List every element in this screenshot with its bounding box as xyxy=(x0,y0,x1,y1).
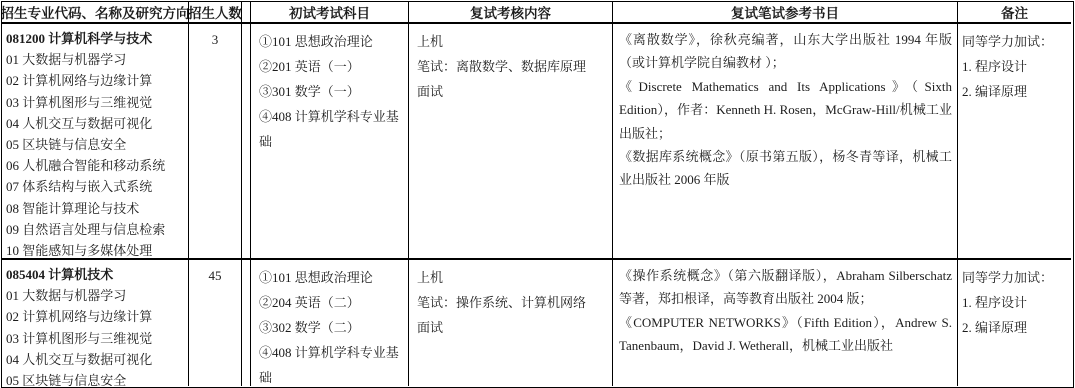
direction-item: 02 计算机网络与边缘计算 xyxy=(6,70,186,91)
exam-subject-item: ③301 数学（一） xyxy=(259,79,406,104)
initial-exam-cell: ①101 思想政治理论②204 英语（二）③302 数学（二）④408 计算机学… xyxy=(251,260,409,386)
book-item: 《操作系统概念》（第六版翻译版），Abraham Silberschatz 等著… xyxy=(619,264,952,311)
program-code-name: 085404 计算机技术 xyxy=(6,264,186,285)
direction-item: 07 体系结构与嵌入式系统 xyxy=(6,176,186,197)
exam-subject-item: ①101 思想政治理论 xyxy=(259,265,406,290)
book-item: 《数据库系统概念》（原书第五版），杨冬青等译，机械工业出版社 2006 年版 xyxy=(619,145,952,192)
quota-cell: 45 xyxy=(189,260,242,386)
retest-content-cell: 上机笔试：离散数学、数据库原理面试 xyxy=(409,24,613,260)
assessment-item: 上机 xyxy=(417,29,610,54)
direction-item: 01 大数据与机器学习 xyxy=(6,49,186,70)
book-item: 《Discrete Mathematics and Its Applicatio… xyxy=(619,75,952,145)
remarks-cell: 同等学力加试：1. 程序设计2. 编译原理 xyxy=(958,260,1071,386)
direction-list: 01 大数据与机器学习02 计算机网络与边缘计算03 计算机图形与三维视觉04 … xyxy=(6,285,186,386)
assessment-item: 笔试：操作系统、计算机网络 xyxy=(417,290,610,315)
header-program-column: 招生专业代码、名称及研究方向 xyxy=(2,2,189,24)
remarks-cell: 同等学力加试：1. 程序设计2. 编译原理 xyxy=(958,24,1071,260)
direction-item: 05 区块链与信息安全 xyxy=(6,370,186,386)
direction-item: 02 计算机网络与边缘计算 xyxy=(6,306,186,327)
direction-item: 09 自然语言处理与信息检索 xyxy=(6,219,186,240)
direction-item: 08 智能计算理论与技术 xyxy=(6,198,186,219)
remark-item: 同等学力加试： xyxy=(962,29,1069,54)
quota-cell: 3 xyxy=(189,24,242,260)
column-divider-gap xyxy=(242,2,251,24)
assessment-item: 面试 xyxy=(417,79,610,104)
direction-list: 01 大数据与机器学习02 计算机网络与边缘计算03 计算机图形与三维视觉04 … xyxy=(6,49,186,260)
reference-books-cell: 《离散数学》，徐秋亮编著，山东大学出版社 1994 年版（或计算机学院自编教材 … xyxy=(613,24,958,260)
exam-subject-item: ③302 数学（二） xyxy=(259,315,406,340)
program-code-name: 081200 计算机科学与技术 xyxy=(6,28,186,49)
header-reference-books-column: 复试笔试参考书目 xyxy=(613,2,958,24)
program-cell: 081200 计算机科学与技术 01 大数据与机器学习02 计算机网络与边缘计算… xyxy=(2,24,189,260)
direction-item: 06 人机融合智能和移动系统 xyxy=(6,155,186,176)
header-retest-content-column: 复试考核内容 xyxy=(409,2,613,24)
initial-exam-cell: ①101 思想政治理论②201 英语（一）③301 数学（一）④408 计算机学… xyxy=(251,24,409,260)
remark-item: 1. 程序设计 xyxy=(962,54,1069,79)
assessment-item: 面试 xyxy=(417,315,610,340)
column-divider-gap xyxy=(242,24,251,260)
assessment-item: 笔试：离散数学、数据库原理 xyxy=(417,54,610,79)
reference-books-cell: 《操作系统概念》（第六版翻译版），Abraham Silberschatz 等著… xyxy=(613,260,958,386)
direction-item: 03 计算机图形与三维视觉 xyxy=(6,328,186,349)
exam-subject-item: ②204 英语（二） xyxy=(259,290,406,315)
direction-item: 04 人机交互与数据可视化 xyxy=(6,113,186,134)
program-cell: 085404 计算机技术 01 大数据与机器学习02 计算机网络与边缘计算03 … xyxy=(2,260,189,386)
remark-item: 2. 编译原理 xyxy=(962,315,1069,340)
assessment-item: 上机 xyxy=(417,265,610,290)
header-remarks-column: 备注 xyxy=(958,2,1071,24)
exam-subject-item: ④408 计算机学科专业基础 xyxy=(259,104,406,154)
remark-item: 2. 编译原理 xyxy=(962,79,1069,104)
exam-subject-item: ②201 英语（一） xyxy=(259,54,406,79)
remark-item: 同等学力加试： xyxy=(962,265,1069,290)
direction-item: 04 人机交互与数据可视化 xyxy=(6,349,186,370)
column-divider-gap xyxy=(242,260,251,386)
book-item: 《COMPUTER NETWORKS》（Fifth Edition），Andre… xyxy=(619,311,952,358)
header-initial-exam-column: 初试考试科目 xyxy=(251,2,409,24)
direction-item: 03 计算机图形与三维视觉 xyxy=(6,92,186,113)
admissions-table: 招生专业代码、名称及研究方向 招生人数 初试考试科目 复试考核内容 复试笔试参考… xyxy=(1,1,1074,388)
exam-subject-item: ④408 计算机学科专业基础 xyxy=(259,340,406,386)
book-item: 《离散数学》，徐秋亮编著，山东大学出版社 1994 年版（或计算机学院自编教材 … xyxy=(619,28,952,75)
direction-item: 10 智能感知与多媒体处理 xyxy=(6,240,186,260)
retest-content-cell: 上机笔试：操作系统、计算机网络面试 xyxy=(409,260,613,386)
remark-item: 1. 程序设计 xyxy=(962,290,1069,315)
direction-item: 05 区块链与信息安全 xyxy=(6,134,186,155)
direction-item: 01 大数据与机器学习 xyxy=(6,285,186,306)
exam-subject-item: ①101 思想政治理论 xyxy=(259,29,406,54)
header-quota-column: 招生人数 xyxy=(189,2,242,24)
